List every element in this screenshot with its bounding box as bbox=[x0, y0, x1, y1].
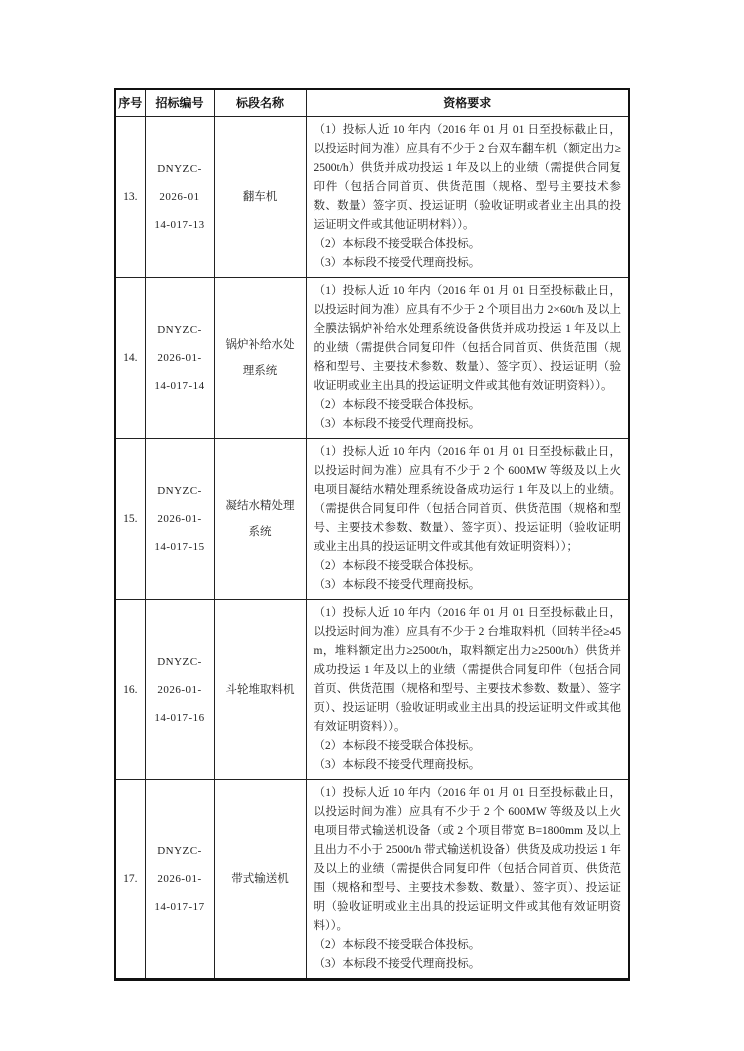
tender-number-line: 2026-01- bbox=[147, 505, 213, 533]
document-page: 序号 招标编号 标段名称 资格要求 13. DNYZC-2026-0114-01… bbox=[0, 0, 744, 1051]
requirement-paragraph: （2）本标段不接受联合体投标。 bbox=[314, 936, 622, 955]
tender-number-line: DNYZC- bbox=[147, 155, 213, 183]
row-section-name: 翻车机 bbox=[214, 117, 306, 278]
requirement-paragraph: （3）本标段不接受代理商投标。 bbox=[314, 415, 622, 434]
header-qualification-requirements: 资格要求 bbox=[306, 89, 629, 117]
tender-number-line: DNYZC- bbox=[147, 837, 213, 865]
tender-number-line: 14-017-15 bbox=[147, 533, 213, 561]
row-tender-number: DNYZC-2026-01-14-017-14 bbox=[145, 278, 214, 439]
row-section-name: 凝结水精处理系统 bbox=[214, 439, 306, 600]
row-tender-number: DNYZC-2026-01-14-017-16 bbox=[145, 600, 214, 780]
row-serial-number: 17. bbox=[115, 780, 145, 980]
header-section-name: 标段名称 bbox=[214, 89, 306, 117]
requirement-paragraph: （1）投标人近 10 年内（2016 年 01 月 01 日至投标截止日，以投运… bbox=[314, 784, 622, 936]
table-header: 序号 招标编号 标段名称 资格要求 bbox=[115, 89, 629, 117]
requirement-paragraph: （1）投标人近 10 年内（2016 年 01 月 01 日至投标截止日，以投运… bbox=[314, 121, 622, 235]
tender-number-line: 2026-01- bbox=[147, 344, 213, 372]
row-serial-number: 13. bbox=[115, 117, 145, 278]
row-section-name: 带式输送机 bbox=[214, 780, 306, 980]
tender-number-line: DNYZC- bbox=[147, 477, 213, 505]
row-serial-number: 14. bbox=[115, 278, 145, 439]
bid-sections-table: 序号 招标编号 标段名称 资格要求 13. DNYZC-2026-0114-01… bbox=[114, 88, 630, 981]
requirement-paragraph: （3）本标段不接受代理商投标。 bbox=[314, 576, 622, 595]
row-requirements: （1）投标人近 10 年内（2016 年 01 月 01 日至投标截止日，以投运… bbox=[306, 600, 629, 780]
tender-number-line: DNYZC- bbox=[147, 648, 213, 676]
tender-number-line: 14-017-13 bbox=[147, 211, 213, 239]
header-serial-number: 序号 bbox=[115, 89, 145, 117]
requirement-paragraph: （1）投标人近 10 年内（2016 年 01 月 01 日至投标截止日，以投运… bbox=[314, 443, 622, 557]
requirement-paragraph: （3）本标段不接受代理商投标。 bbox=[314, 756, 622, 775]
row-tender-number: DNYZC-2026-01-14-017-15 bbox=[145, 439, 214, 600]
row-serial-number: 15. bbox=[115, 439, 145, 600]
table-row: 17. DNYZC-2026-01-14-017-17 带式输送机 （1）投标人… bbox=[115, 780, 629, 980]
row-requirements: （1）投标人近 10 年内（2016 年 01 月 01 日至投标截止日，以投运… bbox=[306, 278, 629, 439]
table-body: 13. DNYZC-2026-0114-017-13 翻车机 （1）投标人近 1… bbox=[115, 117, 629, 980]
tender-number-line: 2026-01- bbox=[147, 676, 213, 704]
row-tender-number: DNYZC-2026-01-14-017-17 bbox=[145, 780, 214, 980]
row-requirements: （1）投标人近 10 年内（2016 年 01 月 01 日至投标截止日，以投运… bbox=[306, 780, 629, 980]
tender-number-line: 14-017-14 bbox=[147, 372, 213, 400]
tender-number-line: 2026-01- bbox=[147, 865, 213, 893]
table-row: 14. DNYZC-2026-01-14-017-14 锅炉补给水处理系统 （1… bbox=[115, 278, 629, 439]
row-section-name: 锅炉补给水处理系统 bbox=[214, 278, 306, 439]
table-row: 13. DNYZC-2026-0114-017-13 翻车机 （1）投标人近 1… bbox=[115, 117, 629, 278]
table-row: 15. DNYZC-2026-01-14-017-15 凝结水精处理系统 （1）… bbox=[115, 439, 629, 600]
requirement-paragraph: （2）本标段不接受联合体投标。 bbox=[314, 235, 622, 254]
row-requirements: （1）投标人近 10 年内（2016 年 01 月 01 日至投标截止日，以投运… bbox=[306, 117, 629, 278]
header-tender-number: 招标编号 bbox=[145, 89, 214, 117]
requirement-paragraph: （1）投标人近 10 年内（2016 年 01 月 01 日至投标截止日，以投运… bbox=[314, 282, 622, 396]
requirement-paragraph: （2）本标段不接受联合体投标。 bbox=[314, 557, 622, 576]
tender-number-line: 2026-01 bbox=[147, 183, 213, 211]
tender-number-line: 14-017-16 bbox=[147, 704, 213, 732]
requirement-paragraph: （3）本标段不接受代理商投标。 bbox=[314, 955, 622, 974]
row-section-name: 斗轮堆取料机 bbox=[214, 600, 306, 780]
tender-number-line: 14-017-17 bbox=[147, 893, 213, 921]
table-row: 16. DNYZC-2026-01-14-017-16 斗轮堆取料机 （1）投标… bbox=[115, 600, 629, 780]
requirement-paragraph: （2）本标段不接受联合体投标。 bbox=[314, 737, 622, 756]
requirement-paragraph: （2）本标段不接受联合体投标。 bbox=[314, 396, 622, 415]
header-row: 序号 招标编号 标段名称 资格要求 bbox=[115, 89, 629, 117]
requirement-paragraph: （1）投标人近 10 年内（2016 年 01 月 01 日至投标截止日，以投运… bbox=[314, 604, 622, 737]
row-serial-number: 16. bbox=[115, 600, 145, 780]
requirement-paragraph: （3）本标段不接受代理商投标。 bbox=[314, 254, 622, 273]
tender-number-line: DNYZC- bbox=[147, 316, 213, 344]
row-requirements: （1）投标人近 10 年内（2016 年 01 月 01 日至投标截止日，以投运… bbox=[306, 439, 629, 600]
row-tender-number: DNYZC-2026-0114-017-13 bbox=[145, 117, 214, 278]
